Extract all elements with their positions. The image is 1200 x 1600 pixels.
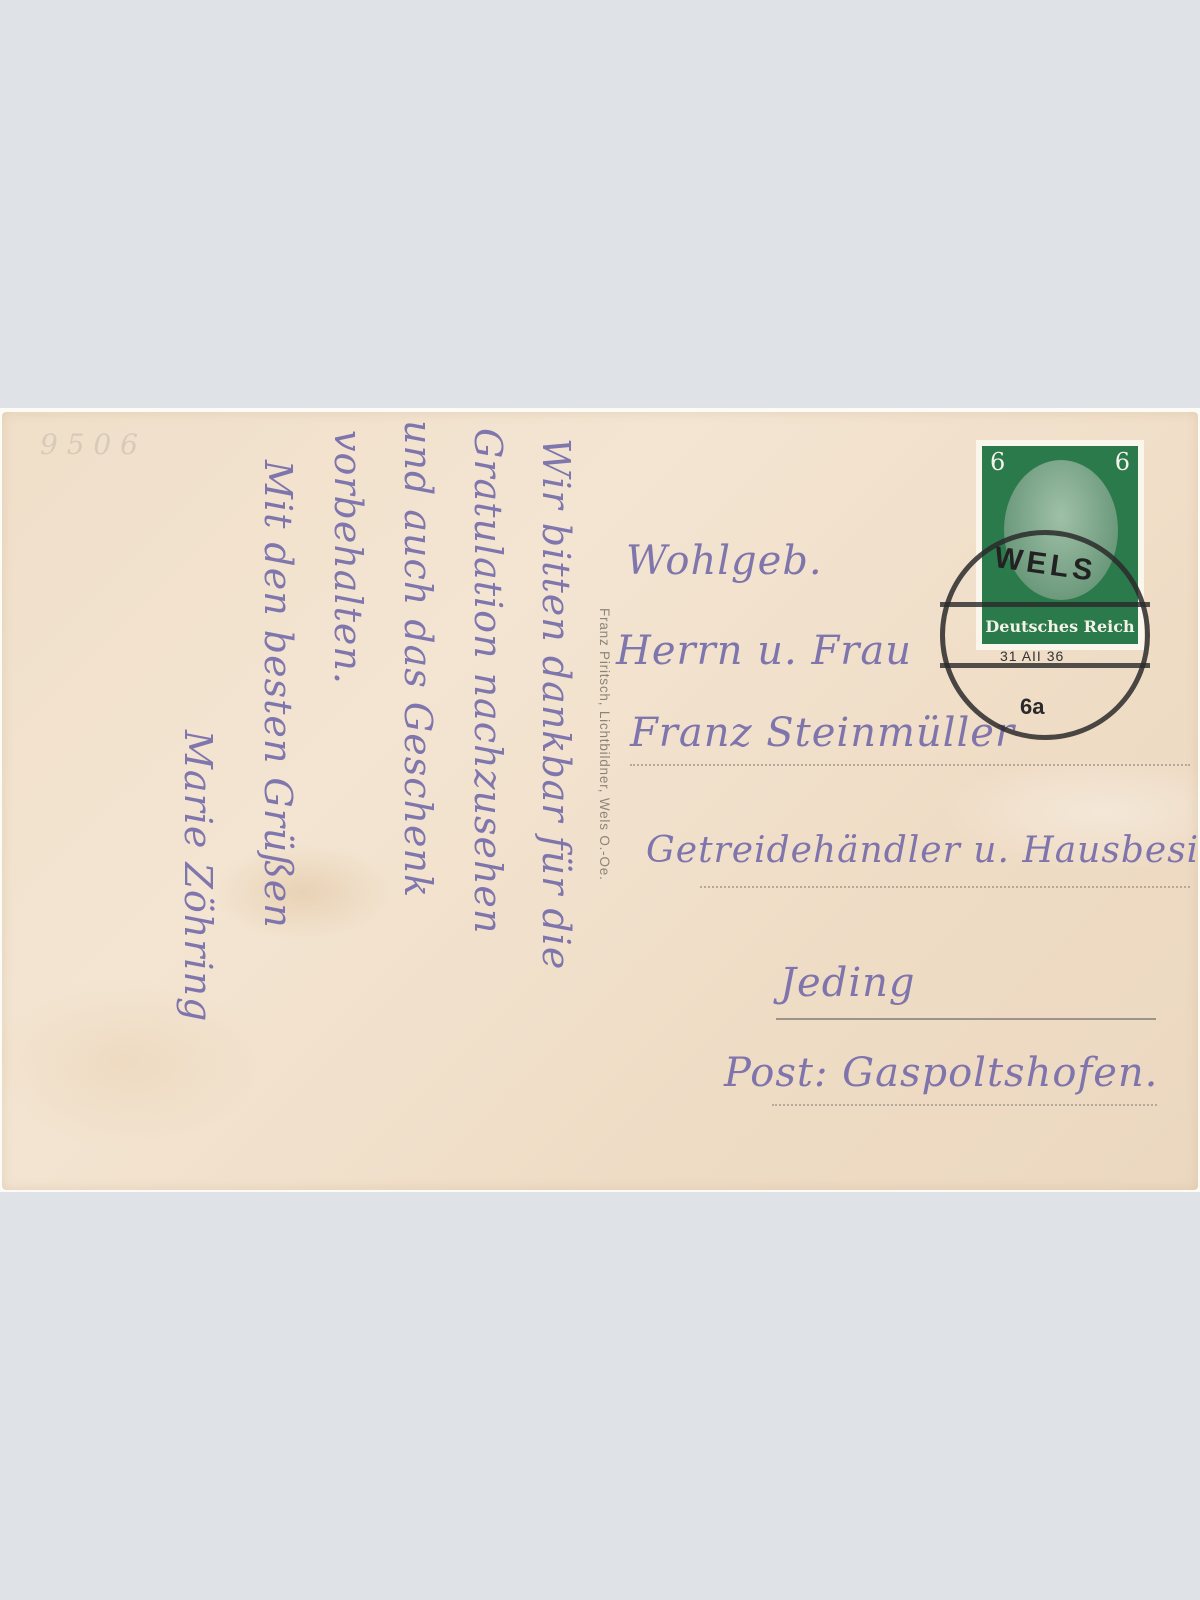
address-rule [772, 1104, 1157, 1106]
message-line: Wir bitten dankbar für die [534, 438, 578, 970]
address-rule [700, 886, 1190, 888]
address-post-office: Post: Gaspoltshofen. [724, 1050, 1158, 1096]
message-signature: Marie Zöhring [176, 730, 220, 1022]
postmark-code: 6a [1020, 694, 1044, 720]
address-town: Jeding [780, 960, 915, 1006]
stamp-value-left: 6 [990, 448, 1005, 476]
address-salutation: Wohlgeb. [626, 538, 823, 584]
message-line: und auch das Geschenk [396, 420, 440, 898]
address-occupation: Getreidehändler u. Hausbesitzer [646, 830, 1200, 871]
message-line: Gratulation nachzusehen [466, 428, 510, 934]
stamp-value-right: 6 [1115, 448, 1130, 476]
pencil-note: 9 5 0 6 [40, 428, 138, 461]
postmark-date: 31 AII 36 [1000, 648, 1064, 664]
address-rule [630, 764, 1190, 766]
address-recipient-line: Herrn u. Frau [616, 628, 912, 674]
address-name: Franz Steinmüller [630, 710, 1015, 756]
message-line: Mit den besten Grüßen [256, 460, 300, 929]
printer-imprint: Franz Piritsch, Lichtbildner, Wels O.-Oe… [597, 608, 612, 881]
address-rule [776, 1018, 1156, 1020]
message-line: vorbehalten. [326, 430, 370, 685]
